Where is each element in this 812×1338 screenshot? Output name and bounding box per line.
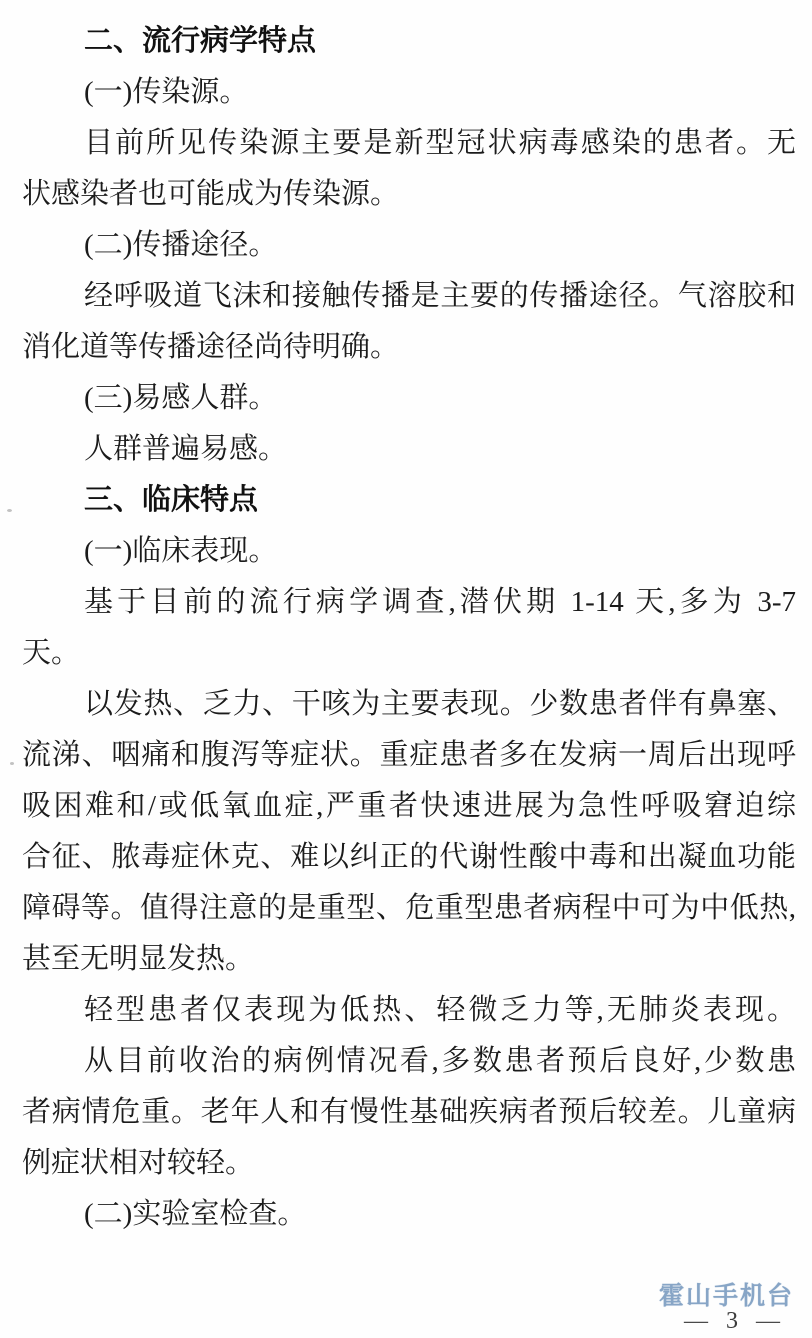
section-heading: 二、流行病学特点 — [22, 16, 796, 67]
text-line: 经呼吸道飞沫和接触传播是主要的传播途径。气溶胶和 — [22, 271, 796, 322]
page-number-value: 3 — [726, 1308, 738, 1334]
text-line: 吸困难和/或低氧血症,严重者快速进展为急性呼吸窘迫综 — [22, 781, 796, 832]
text-line: (一)临床表现。 — [22, 526, 796, 577]
text-line: 基于目前的流行病学调查,潜伏期 1-14 天,多为 3-7 — [22, 577, 796, 628]
text-line: (三)易感人群。 — [22, 373, 796, 424]
text-line: 以发热、乏力、干咳为主要表现。少数患者伴有鼻塞、 — [22, 679, 796, 730]
text-line: 轻型患者仅表现为低热、轻微乏力等,无肺炎表现。 — [22, 985, 796, 1036]
text-line: 状感染者也可能成为传染源。 — [22, 169, 796, 220]
text-line: 障碍等。值得注意的是重型、危重型患者病程中可为中低热, — [22, 883, 796, 934]
page-footer: 霍山手机台 —3— — [659, 1282, 800, 1334]
page-number: —3— — [659, 1308, 800, 1334]
scanned-document-page: 二、流行病学特点(一)传染源。目前所见传染源主要是新型冠状病毒感染的患者。无状感… — [0, 0, 812, 1338]
scan-speck — [10, 762, 14, 765]
text-line: 者病情危重。老年人和有慢性基础疾病者预后较差。儿童病 — [22, 1087, 796, 1138]
page-number-dash-left: — — [684, 1308, 708, 1334]
text-line: (二)实验室检查。 — [22, 1189, 796, 1240]
text-line: 流涕、咽痛和腹泻等症状。重症患者多在发病一周后出现呼 — [22, 730, 796, 781]
section-heading: 三、临床特点 — [22, 475, 796, 526]
document-body: 二、流行病学特点(一)传染源。目前所见传染源主要是新型冠状病毒感染的患者。无状感… — [0, 0, 812, 1240]
watermark-text: 霍山手机台 — [659, 1282, 794, 1310]
page-number-dash-right: — — [756, 1308, 780, 1334]
text-line: 人群普遍易感。 — [22, 424, 796, 475]
text-line: 合征、脓毒症休克、难以纠正的代谢性酸中毒和出凝血功能 — [22, 832, 796, 883]
text-line: (二)传播途径。 — [22, 220, 796, 271]
text-line: 例症状相对较轻。 — [22, 1138, 796, 1189]
scan-speck — [7, 509, 12, 512]
text-line: 目前所见传染源主要是新型冠状病毒感染的患者。无 — [22, 118, 796, 169]
text-line: 甚至无明显发热。 — [22, 934, 796, 985]
text-line: 天。 — [22, 628, 796, 679]
text-line: 从目前收治的病例情况看,多数患者预后良好,少数患 — [22, 1036, 796, 1087]
text-line: (一)传染源。 — [22, 67, 796, 118]
text-line: 消化道等传播途径尚待明确。 — [22, 322, 796, 373]
